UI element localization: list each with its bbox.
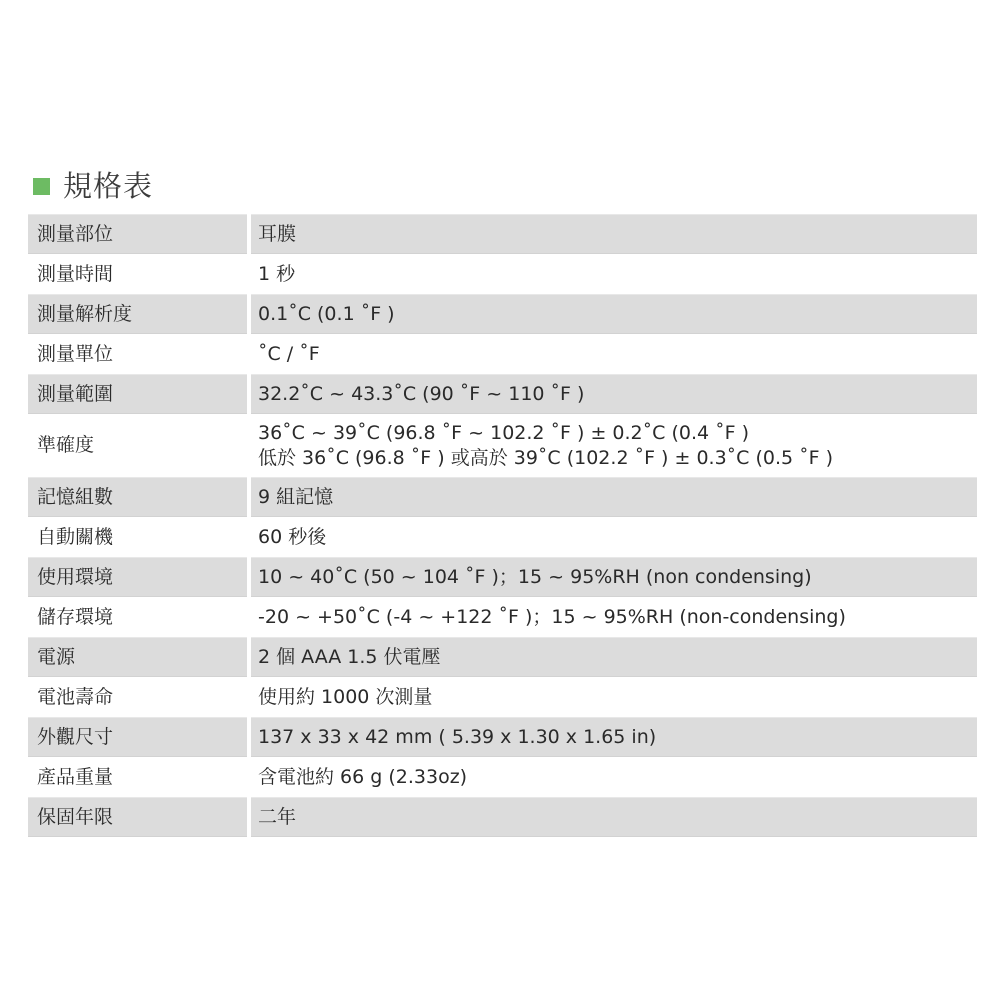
row-label: 電池壽命 [28, 677, 247, 717]
row-value: 32.2˚C ~ 43.3˚C (90 ˚F ~ 110 ˚F ) [251, 374, 977, 414]
row-label: 測量範圍 [28, 374, 247, 414]
row-label: 測量解析度 [28, 294, 247, 334]
table-row-dimensions: 外觀尺寸 137 x 33 x 42 mm ( 5.39 x 1.30 x 1.… [28, 717, 977, 757]
row-value: 二年 [251, 797, 977, 837]
table-row-measurement-time: 測量時間 1 秒 [28, 254, 977, 294]
row-label: 保固年限 [28, 797, 247, 837]
row-value: 使用約 1000 次測量 [251, 677, 977, 717]
table-row-battery-life: 電池壽命 使用約 1000 次測量 [28, 677, 977, 717]
green-square-bullet-icon [33, 178, 50, 195]
row-value: 2 個 AAA 1.5 伏電壓 [251, 637, 977, 677]
row-label: 自動關機 [28, 517, 247, 557]
table-row-storage-environment: 儲存環境 -20 ~ +50˚C (-4 ~ +122 ˚F )；15 ~ 95… [28, 597, 977, 637]
accuracy-line-2: 低於 36˚C (96.8 ˚F ) 或高於 39˚C (102.2 ˚F ) … [258, 446, 833, 471]
table-row-weight: 產品重量 含電池約 66 g (2.33oz) [28, 757, 977, 797]
row-label: 使用環境 [28, 557, 247, 597]
spec-table: 測量部位 耳膜 測量時間 1 秒 測量解析度 0.1˚C (0.1 ˚F ) 測… [28, 214, 977, 837]
table-row-auto-off: 自動關機 60 秒後 [28, 517, 977, 557]
row-label: 準確度 [28, 414, 247, 477]
row-value: 36˚C ~ 39˚C (96.8 ˚F ~ 102.2 ˚F ) ± 0.2˚… [251, 414, 977, 477]
accuracy-line-1: 36˚C ~ 39˚C (96.8 ˚F ~ 102.2 ˚F ) ± 0.2˚… [258, 421, 833, 446]
row-value: 1 秒 [251, 254, 977, 294]
row-label: 測量時間 [28, 254, 247, 294]
row-value: ˚C / ˚F [251, 334, 977, 374]
row-value: 0.1˚C (0.1 ˚F ) [251, 294, 977, 334]
spec-section-header: 規格表 [33, 164, 153, 208]
table-row-memory: 記憶組數 9 組記憶 [28, 477, 977, 517]
row-label: 外觀尺寸 [28, 717, 247, 757]
row-value: 9 組記憶 [251, 477, 977, 517]
row-label: 測量部位 [28, 214, 247, 254]
table-row-resolution: 測量解析度 0.1˚C (0.1 ˚F ) [28, 294, 977, 334]
row-value: 含電池約 66 g (2.33oz) [251, 757, 977, 797]
row-value: 耳膜 [251, 214, 977, 254]
table-row-accuracy: 準確度 36˚C ~ 39˚C (96.8 ˚F ~ 102.2 ˚F ) ± … [28, 414, 977, 477]
row-label: 測量單位 [28, 334, 247, 374]
row-value: -20 ~ +50˚C (-4 ~ +122 ˚F )；15 ~ 95%RH (… [251, 597, 977, 637]
row-label: 產品重量 [28, 757, 247, 797]
row-value: 137 x 33 x 42 mm ( 5.39 x 1.30 x 1.65 in… [251, 717, 977, 757]
row-label: 儲存環境 [28, 597, 247, 637]
row-value: 10 ~ 40˚C (50 ~ 104 ˚F )；15 ~ 95%RH (non… [251, 557, 977, 597]
table-row-range: 測量範圍 32.2˚C ~ 43.3˚C (90 ˚F ~ 110 ˚F ) [28, 374, 977, 414]
section-title: 規格表 [63, 164, 153, 208]
table-row-units: 測量單位 ˚C / ˚F [28, 334, 977, 374]
table-row-warranty: 保固年限 二年 [28, 797, 977, 837]
table-row-operating-environment: 使用環境 10 ~ 40˚C (50 ~ 104 ˚F )；15 ~ 95%RH… [28, 557, 977, 597]
table-row-power: 電源 2 個 AAA 1.5 伏電壓 [28, 637, 977, 677]
table-row-measurement-site: 測量部位 耳膜 [28, 214, 977, 254]
row-label: 記憶組數 [28, 477, 247, 517]
row-value: 60 秒後 [251, 517, 977, 557]
row-label: 電源 [28, 637, 247, 677]
